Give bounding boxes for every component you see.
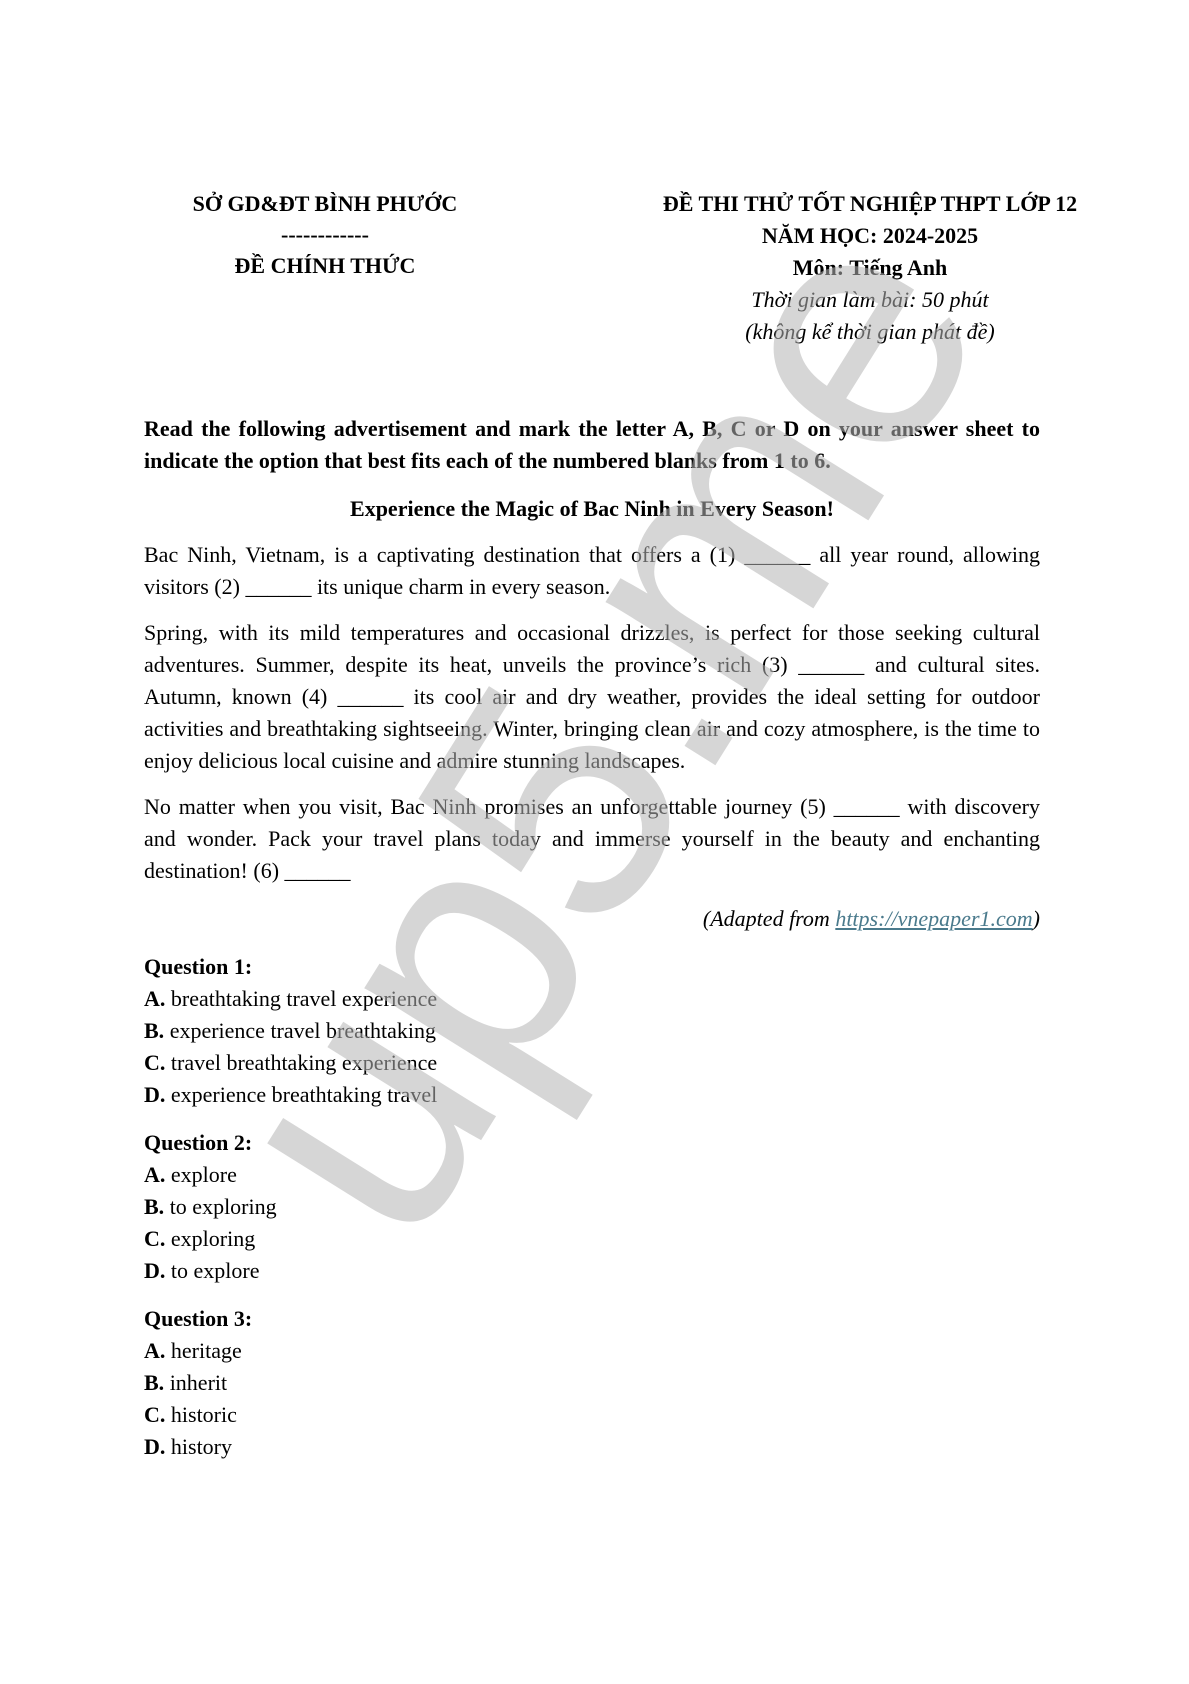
- option-d: D. to explore: [144, 1255, 1040, 1287]
- option-a: A. heritage: [144, 1335, 1040, 1367]
- source-citation: (Adapted from https://vnepaper1.com): [144, 903, 1040, 935]
- department-name: SỞ GD&ĐT BÌNH PHƯỚC: [160, 188, 490, 219]
- question-3: Question 3: A. heritage B. inherit C. hi…: [144, 1303, 1040, 1463]
- option-d: D. experience breathtaking travel: [144, 1079, 1040, 1111]
- exam-content: Read the following advertisement and mar…: [144, 413, 1040, 1463]
- option-b: B. to exploring: [144, 1191, 1040, 1223]
- option-a: A. explore: [144, 1159, 1040, 1191]
- option-a: A. breathtaking travel experience: [144, 983, 1040, 1015]
- instruction: Read the following advertisement and mar…: [144, 413, 1040, 477]
- paragraph-1: Bac Ninh, Vietnam, is a captivating dest…: [144, 539, 1040, 603]
- header-exam-block: ĐỀ THI THỬ TỐT NGHIỆP THPT LỚP 12 NĂM HỌ…: [620, 188, 1120, 348]
- source-link[interactable]: https://vnepaper1.com: [835, 906, 1032, 931]
- question-title: Question 1:: [144, 951, 1040, 983]
- option-c: C. travel breathtaking experience: [144, 1047, 1040, 1079]
- advertisement-title: Experience the Magic of Bac Ninh in Ever…: [144, 493, 1040, 525]
- question-1: Question 1: A. breathtaking travel exper…: [144, 951, 1040, 1111]
- official-label: ĐỀ CHÍNH THỨC: [160, 250, 490, 281]
- school-year: NĂM HỌC: 2024-2025: [620, 220, 1120, 252]
- question-title: Question 2:: [144, 1127, 1040, 1159]
- option-b: B. experience travel breathtaking: [144, 1015, 1040, 1047]
- option-c: C. historic: [144, 1399, 1040, 1431]
- option-d: D. history: [144, 1431, 1040, 1463]
- duration-note: (không kể thời gian phát đề): [620, 316, 1120, 348]
- source-prefix: (Adapted from: [703, 906, 835, 931]
- question-2: Question 2: A. explore B. to exploring C…: [144, 1127, 1040, 1287]
- source-suffix: ): [1033, 906, 1040, 931]
- question-title: Question 3:: [144, 1303, 1040, 1335]
- option-c: C. exploring: [144, 1223, 1040, 1255]
- paragraph-2: Spring, with its mild temperatures and o…: [144, 617, 1040, 777]
- header-school-block: SỞ GD&ĐT BÌNH PHƯỚC ------------ ĐỀ CHÍN…: [160, 188, 490, 281]
- subject: Môn: Tiếng Anh: [620, 252, 1120, 284]
- exam-title: ĐỀ THI THỬ TỐT NGHIỆP THPT LỚP 12: [620, 188, 1120, 220]
- option-b: B. inherit: [144, 1367, 1040, 1399]
- header-separator: ------------: [160, 219, 490, 250]
- duration: Thời gian làm bài: 50 phút: [620, 284, 1120, 316]
- paragraph-3: No matter when you visit, Bac Ninh promi…: [144, 791, 1040, 887]
